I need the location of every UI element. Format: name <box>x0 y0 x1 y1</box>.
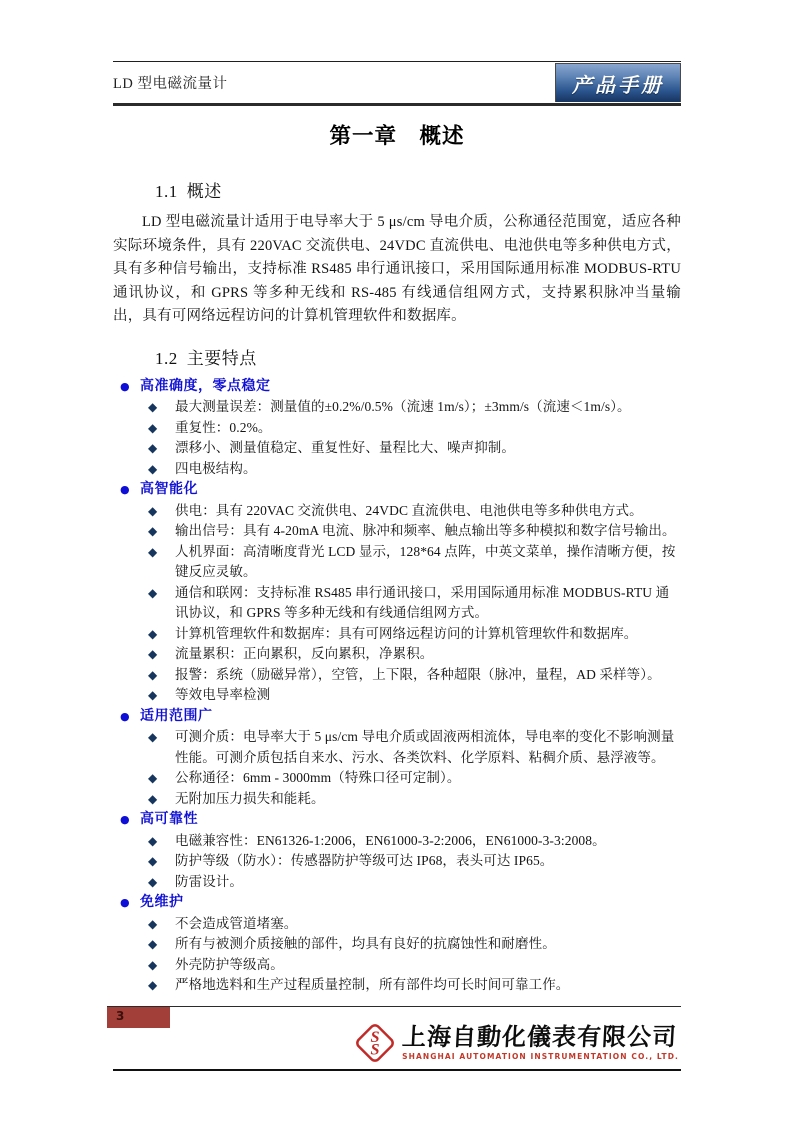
feature-item: ◆ 可测介质：电导率大于 5 μs/cm 导电介质或固液两相流体，导电率的变化不… <box>148 727 681 768</box>
diamond-bullet-icon: ◆ <box>148 768 175 789</box>
doc-title: LD 型电磁流量计 <box>113 72 227 93</box>
feature-item: ◆ 供电：具有 220VAC 交流供电、24VDC 直流供电、电池供电等多种供电… <box>148 501 681 522</box>
feature-item: ◆ 报警：系统（励磁异常），空管，上下限，各种超限（脉冲，量程，AD 采样等）。 <box>148 665 681 686</box>
feature-item-text: 防雷设计。 <box>175 872 681 893</box>
feature-item-text: 无附加压力损失和能耗。 <box>175 789 681 810</box>
diamond-bullet-icon: ◆ <box>148 397 175 418</box>
diamond-bullet-icon: ◆ <box>148 521 175 542</box>
diamond-bullet-icon: ◆ <box>148 583 175 604</box>
feature-item: ◆ 人机界面：高清晰度背光 LCD 显示，128*64 点阵，中英文菜单，操作清… <box>148 542 681 583</box>
round-bullet-icon: ● <box>113 707 140 728</box>
manual-page: LD 型电磁流量计 产品手册 第一章 概述 1.1概述 LD 型电磁流量计适用于… <box>0 0 794 1123</box>
feature-title: 适用范围广 <box>140 706 213 727</box>
page-header: LD 型电磁流量计 产品手册 <box>113 62 681 103</box>
feature-items: ◆ 供电：具有 220VAC 交流供电、24VDC 直流供电、电池供电等多种供电… <box>113 501 681 706</box>
diamond-bullet-icon: ◆ <box>148 975 175 996</box>
feature-item: ◆ 所有与被测介质接触的部件，均具有良好的抗腐蚀性和耐磨性。 <box>148 934 681 955</box>
company-name-cn: 上海自動化儀表有限公司 <box>401 1025 677 1051</box>
feature-section: ● 高准确度，零点稳定 ◆ 最大测量误差：测量值的±0.2%/0.5%（流速 1… <box>113 376 681 480</box>
feature-heading: ● 高可靠性 <box>113 809 681 831</box>
feature-item: ◆ 重复性：0.2%。 <box>148 418 681 439</box>
feature-heading: ● 高准确度，零点稳定 <box>113 376 681 398</box>
section-title: 概述 <box>187 182 222 201</box>
feature-item: ◆ 防雷设计。 <box>148 872 681 893</box>
feature-item: ◆ 流量累积：正向累积，反向累积，净累积。 <box>148 644 681 665</box>
page-footer: 3 S S 上海自動化儀表有限公司 SHANGHAI AUTOMATION IN… <box>113 1006 681 1071</box>
diamond-bullet-icon: ◆ <box>148 914 175 935</box>
diamond-bullet-icon: ◆ <box>148 831 175 852</box>
feature-item-text: 重复性：0.2%。 <box>175 418 681 439</box>
feature-item: ◆ 电磁兼容性：EN61326-1:2006，EN61000-3-2:2006，… <box>148 831 681 852</box>
round-bullet-icon: ● <box>113 810 140 831</box>
round-bullet-icon: ● <box>113 480 140 501</box>
feature-item-text: 不会造成管道堵塞。 <box>175 914 681 935</box>
round-bullet-icon: ● <box>113 377 140 398</box>
svg-text:S: S <box>371 1039 380 1058</box>
feature-item-text: 严格地选料和生产过程质量控制，所有部件均可长时间可靠工作。 <box>175 975 681 996</box>
company-logo-icon: S S <box>352 1020 398 1066</box>
feature-item-text: 输出信号：具有 4-20mA 电流、脉冲和频率、触点输出等多种模拟和数字信号输出… <box>175 521 681 542</box>
feature-section: ● 适用范围广 ◆ 可测介质：电导率大于 5 μs/cm 导电介质或固液两相流体… <box>113 706 681 810</box>
header-bottom-rule <box>113 103 681 106</box>
feature-list: ● 高准确度，零点稳定 ◆ 最大测量误差：测量值的±0.2%/0.5%（流速 1… <box>113 376 681 996</box>
footer-bottom-rule <box>113 1069 681 1071</box>
section-heading-1-2: 1.2主要特点 <box>155 344 681 369</box>
feature-section: ● 高智能化 ◆ 供电：具有 220VAC 交流供电、24VDC 直流供电、电池… <box>113 479 681 706</box>
feature-item: ◆ 最大测量误差：测量值的±0.2%/0.5%（流速 1m/s）；±3mm/s（… <box>148 397 681 418</box>
feature-item-text: 外壳防护等级高。 <box>175 955 681 976</box>
section-number: 1.1 <box>155 182 178 201</box>
company-logo: S S 上海自動化儀表有限公司 SHANGHAI AUTOMATION INST… <box>113 1020 681 1066</box>
diamond-bullet-icon: ◆ <box>148 624 175 645</box>
diamond-bullet-icon: ◆ <box>148 459 175 480</box>
diamond-bullet-icon: ◆ <box>148 644 175 665</box>
feature-section: ● 免维护 ◆ 不会造成管道堵塞。 ◆ 所有与被测介质接触的部件，均具有良好的抗… <box>113 892 681 996</box>
feature-item: ◆ 不会造成管道堵塞。 <box>148 914 681 935</box>
feature-item: ◆ 等效电导率检测 <box>148 685 681 706</box>
intro-paragraph: LD 型电磁流量计适用于电导率大于 5 μs/cm 导电介质，公称通径范围宽，适… <box>113 211 681 329</box>
diamond-bullet-icon: ◆ <box>148 934 175 955</box>
feature-items: ◆ 最大测量误差：测量值的±0.2%/0.5%（流速 1m/s）；±3mm/s（… <box>113 397 681 479</box>
diamond-bullet-icon: ◆ <box>148 727 175 748</box>
diamond-bullet-icon: ◆ <box>148 542 175 563</box>
feature-item: ◆ 计算机管理软件和数据库：具有可网络远程访问的计算机管理软件和数据库。 <box>148 624 681 645</box>
feature-item: ◆ 外壳防护等级高。 <box>148 955 681 976</box>
section-heading-1-1: 1.1概述 <box>155 177 681 202</box>
feature-title: 高可靠性 <box>140 809 198 830</box>
feature-heading: ● 高智能化 <box>113 479 681 501</box>
feature-item: ◆ 严格地选料和生产过程质量控制，所有部件均可长时间可靠工作。 <box>148 975 681 996</box>
feature-item: ◆ 通信和联网：支持标准 RS485 串行通讯接口，采用国际通用标准 MODBU… <box>148 583 681 624</box>
section-title: 主要特点 <box>187 349 257 368</box>
feature-item-text: 电磁兼容性：EN61326-1:2006，EN61000-3-2:2006，EN… <box>175 831 681 852</box>
feature-item: ◆ 四电极结构。 <box>148 459 681 480</box>
diamond-bullet-icon: ◆ <box>148 789 175 810</box>
feature-items: ◆ 电磁兼容性：EN61326-1:2006，EN61000-3-2:2006，… <box>113 831 681 893</box>
diamond-bullet-icon: ◆ <box>148 501 175 522</box>
feature-item: ◆ 无附加压力损失和能耗。 <box>148 789 681 810</box>
feature-items: ◆ 不会造成管道堵塞。 ◆ 所有与被测介质接触的部件，均具有良好的抗腐蚀性和耐磨… <box>113 914 681 996</box>
feature-item-text: 公称通径：6mm - 3000mm（特殊口径可定制）。 <box>175 768 681 789</box>
feature-item-text: 通信和联网：支持标准 RS485 串行通讯接口，采用国际通用标准 MODBUS-… <box>175 583 681 624</box>
product-manual-badge: 产品手册 <box>555 63 681 102</box>
diamond-bullet-icon: ◆ <box>148 438 175 459</box>
feature-item-text: 等效电导率检测 <box>175 685 681 706</box>
diamond-bullet-icon: ◆ <box>148 418 175 439</box>
feature-item-text: 计算机管理软件和数据库：具有可网络远程访问的计算机管理软件和数据库。 <box>175 624 681 645</box>
feature-item: ◆ 输出信号：具有 4-20mA 电流、脉冲和频率、触点输出等多种模拟和数字信号… <box>148 521 681 542</box>
feature-item-text: 可测介质：电导率大于 5 μs/cm 导电介质或固液两相流体，导电率的变化不影响… <box>175 727 681 768</box>
page-number-box: 3 <box>107 1007 170 1028</box>
feature-item: ◆ 防护等级（防水）：传感器防护等级可达 IP68，表头可达 IP65。 <box>148 851 681 872</box>
feature-item-text: 人机界面：高清晰度背光 LCD 显示，128*64 点阵，中英文菜单，操作清晰方… <box>175 542 681 583</box>
round-bullet-icon: ● <box>113 893 140 914</box>
feature-heading: ● 适用范围广 <box>113 706 681 728</box>
feature-title: 高智能化 <box>140 479 198 500</box>
feature-item-text: 四电极结构。 <box>175 459 681 480</box>
page-number: 3 <box>116 1009 124 1023</box>
feature-section: ● 高可靠性 ◆ 电磁兼容性：EN61326-1:2006，EN61000-3-… <box>113 809 681 892</box>
feature-title: 免维护 <box>140 892 184 913</box>
feature-item-text: 报警：系统（励磁异常），空管，上下限，各种超限（脉冲，量程，AD 采样等）。 <box>175 665 681 686</box>
chapter-title: 第一章 概述 <box>113 119 681 150</box>
feature-item-text: 流量累积：正向累积，反向累积，净累积。 <box>175 644 681 665</box>
company-logo-text: 上海自動化儀表有限公司 SHANGHAI AUTOMATION INSTRUME… <box>402 1025 679 1061</box>
company-name-en: SHANGHAI AUTOMATION INSTRUMENTATION CO.,… <box>402 1052 679 1061</box>
diamond-bullet-icon: ◆ <box>148 685 175 706</box>
feature-items: ◆ 可测介质：电导率大于 5 μs/cm 导电介质或固液两相流体，导电率的变化不… <box>113 727 681 809</box>
badge-label: 产品手册 <box>572 69 664 98</box>
feature-heading: ● 免维护 <box>113 892 681 914</box>
feature-item-text: 最大测量误差：测量值的±0.2%/0.5%（流速 1m/s）；±3mm/s（流速… <box>175 397 681 418</box>
diamond-bullet-icon: ◆ <box>148 665 175 686</box>
feature-item: ◆ 公称通径：6mm - 3000mm（特殊口径可定制）。 <box>148 768 681 789</box>
feature-item: ◆ 漂移小、测量值稳定、重复性好、量程比大、噪声抑制。 <box>148 438 681 459</box>
diamond-bullet-icon: ◆ <box>148 851 175 872</box>
feature-item-text: 漂移小、测量值稳定、重复性好、量程比大、噪声抑制。 <box>175 438 681 459</box>
footer-rule <box>107 1006 681 1007</box>
diamond-bullet-icon: ◆ <box>148 872 175 893</box>
section-number: 1.2 <box>155 349 178 368</box>
feature-item-text: 供电：具有 220VAC 交流供电、24VDC 直流供电、电池供电等多种供电方式… <box>175 501 681 522</box>
feature-item-text: 所有与被测介质接触的部件，均具有良好的抗腐蚀性和耐磨性。 <box>175 934 681 955</box>
diamond-bullet-icon: ◆ <box>148 955 175 976</box>
feature-title: 高准确度，零点稳定 <box>140 376 271 397</box>
feature-item-text: 防护等级（防水）：传感器防护等级可达 IP68，表头可达 IP65。 <box>175 851 681 872</box>
